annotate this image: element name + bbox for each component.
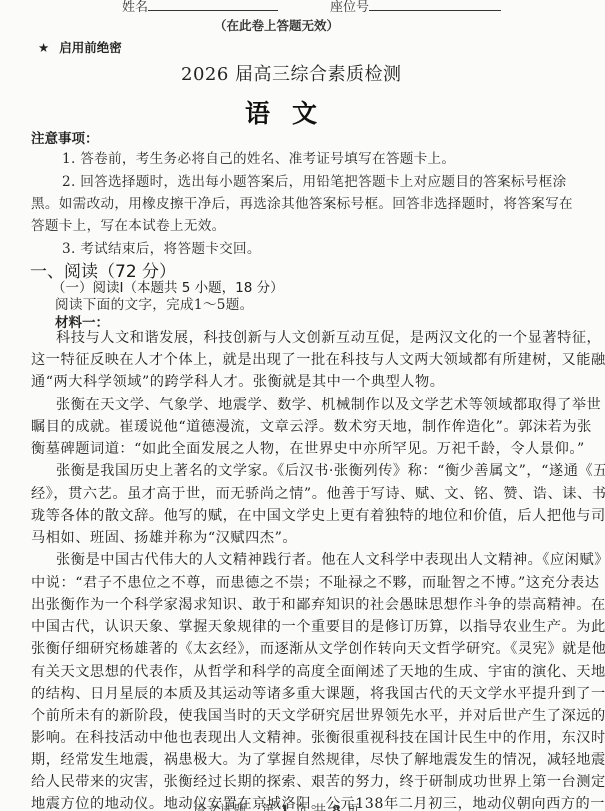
footer-page-prefix: 第 [262, 802, 276, 811]
passage-line: 张衡仔细研究杨雄著的《太玄经》，而逐渐从文学创作转向天文哲学研究。《灵宪》就是他 [31, 638, 605, 658]
passage-line: 出张衡作为一个科学家渴求知识、敢于和鄙弃知识的社会愚昧思想作斗争的崇高精神。在 [31, 594, 605, 614]
footer-page-mid: 页 共 [295, 802, 327, 811]
name-field: 姓名 [122, 0, 278, 15]
passage-line: 张衡是中国古代伟大的人文精神践行者。他在人文科学中表现出人文精神。《应闲赋》 [56, 549, 605, 569]
invalid-note: （在此卷上答题无效） [214, 16, 339, 34]
instruction: 阅读下面的文字，完成1～5题。 [55, 293, 254, 313]
secret-label: 启用前绝密 [59, 40, 122, 55]
notice-line: 3. 考试结束后，将答题卡交回。 [62, 237, 261, 257]
passage-line: 个前所未有的新阶段，使我国当时的天文学研究居世界领先水平，并对后世产生了深远的 [31, 705, 605, 725]
passage-line: 马相如、班固、扬雄并称为“汉赋四杰”。 [31, 527, 297, 547]
notice-line: 答题卡上，写在本试卷上无效。 [31, 214, 226, 234]
passage-line: 给人民带来的灾害，张衡经过长期的探索、艰苦的努力，终于研制成功世界上第一台测定 [31, 771, 605, 791]
notice-line: 黑。如需改动，用橡皮擦干净后，再选涂其他答案标号框。回答非选择题时，将答案写在 [31, 192, 573, 212]
passage-line: 珑等各体的散文辞。他写的赋，在中国文学史上更有着独特的地位和价值，后人把他与司 [31, 505, 605, 525]
passage-line: 有关天文思想的代表作，从哲学和科学的高度全面阐述了天地的生成、宇宙的演化、天地 [31, 661, 605, 681]
passage-line: 衡墓碑题词道：“如此全面发展之人物，在世界史中亦所罕见。万祀千龄，令人景仰。” [31, 438, 585, 458]
passage-line: 的结构、日月星辰的本质及其运动等诸多重大课题，将我国古代的天文学水平提升到了一 [31, 683, 605, 703]
name-label: 姓名 [122, 0, 148, 15]
subject-title: 语文 [245, 94, 339, 130]
exam-title: 2026 届高三综合素质检测 [181, 60, 402, 86]
passage-line: 影响。在科技活动中他也表现出人文精神。张衡很重视科技在国计民生中的作用，东汉时 [31, 727, 605, 747]
seat-label: 座位号 [330, 0, 369, 15]
page-footer: 语文试题 第 1 页 共 8 页 [193, 800, 360, 811]
passage-line: 经》，贯六艺。虽才高于世，而无骄尚之情”。他善于写诗、赋、文、铭、赞、诰、诔、书… [31, 483, 605, 503]
footer-page-total: 8 [332, 802, 342, 811]
passage-line: 瞩目的成就。崔瑗说他“道德漫流，文章云浮。数术穷天地，制作侔造化”。郭沫若为张 [31, 416, 592, 436]
notice-heading: 注意事项： [31, 127, 99, 147]
footer-page-suffix: 页 [347, 802, 361, 811]
passage-line: 中说：“君子不患位之不尊，而患德之不崇；不耻禄之不夥，而耻智之不博。”这充分表达 [31, 572, 600, 592]
notice-line: 1. 答卷前，考生务必将自己的姓名、准考证号填写在答题卡上。 [62, 147, 455, 167]
passage-line: 通“两大科学领域”的跨学科人才。张衡就是其中一个典型人物。 [31, 371, 445, 391]
name-blank [148, 0, 278, 11]
secret-mark: ★ 启用前绝密 [38, 38, 122, 56]
footer-page-current: 1 [281, 802, 291, 811]
footer-subject: 语文试题 [193, 802, 247, 811]
passage-line: 科技与人文和谐发展，科技创新与人文创新互动互促，是两汉文化的一个显著特征， [56, 327, 601, 347]
seat-field: 座位号 [330, 0, 501, 15]
passage-line: 期，经常发生地震，祸患极大。为了掌握自然规律，尽快了解地震发生的情况，减轻地震 [31, 749, 605, 769]
passage-line: 张衡在天文学、气象学、地震学、数学、机械制作以及文学艺术等领域都取得了举世 [56, 394, 601, 414]
notice-line: 2. 回答选择题时，选出每小题答案后，用铅笔把答题卡上对应题目的答案标号框涂 [62, 170, 566, 190]
star-icon: ★ [38, 40, 49, 55]
passage-line: 这一特征反映在人才个体上，就是出现了一批在科技与人文两大领域都有所建树，又能融 [31, 349, 605, 369]
passage-line: 中国古代，认识天象、掌握天象规律的一个重要目的是修订历算，以指导农业生产。为此， [31, 616, 605, 636]
passage-line: 张衡是我国历史上著名的文学家。《后汉书·张衡列传》称：“衡少善属文”，“遂通《五 [56, 460, 605, 480]
seat-blank [369, 0, 501, 11]
